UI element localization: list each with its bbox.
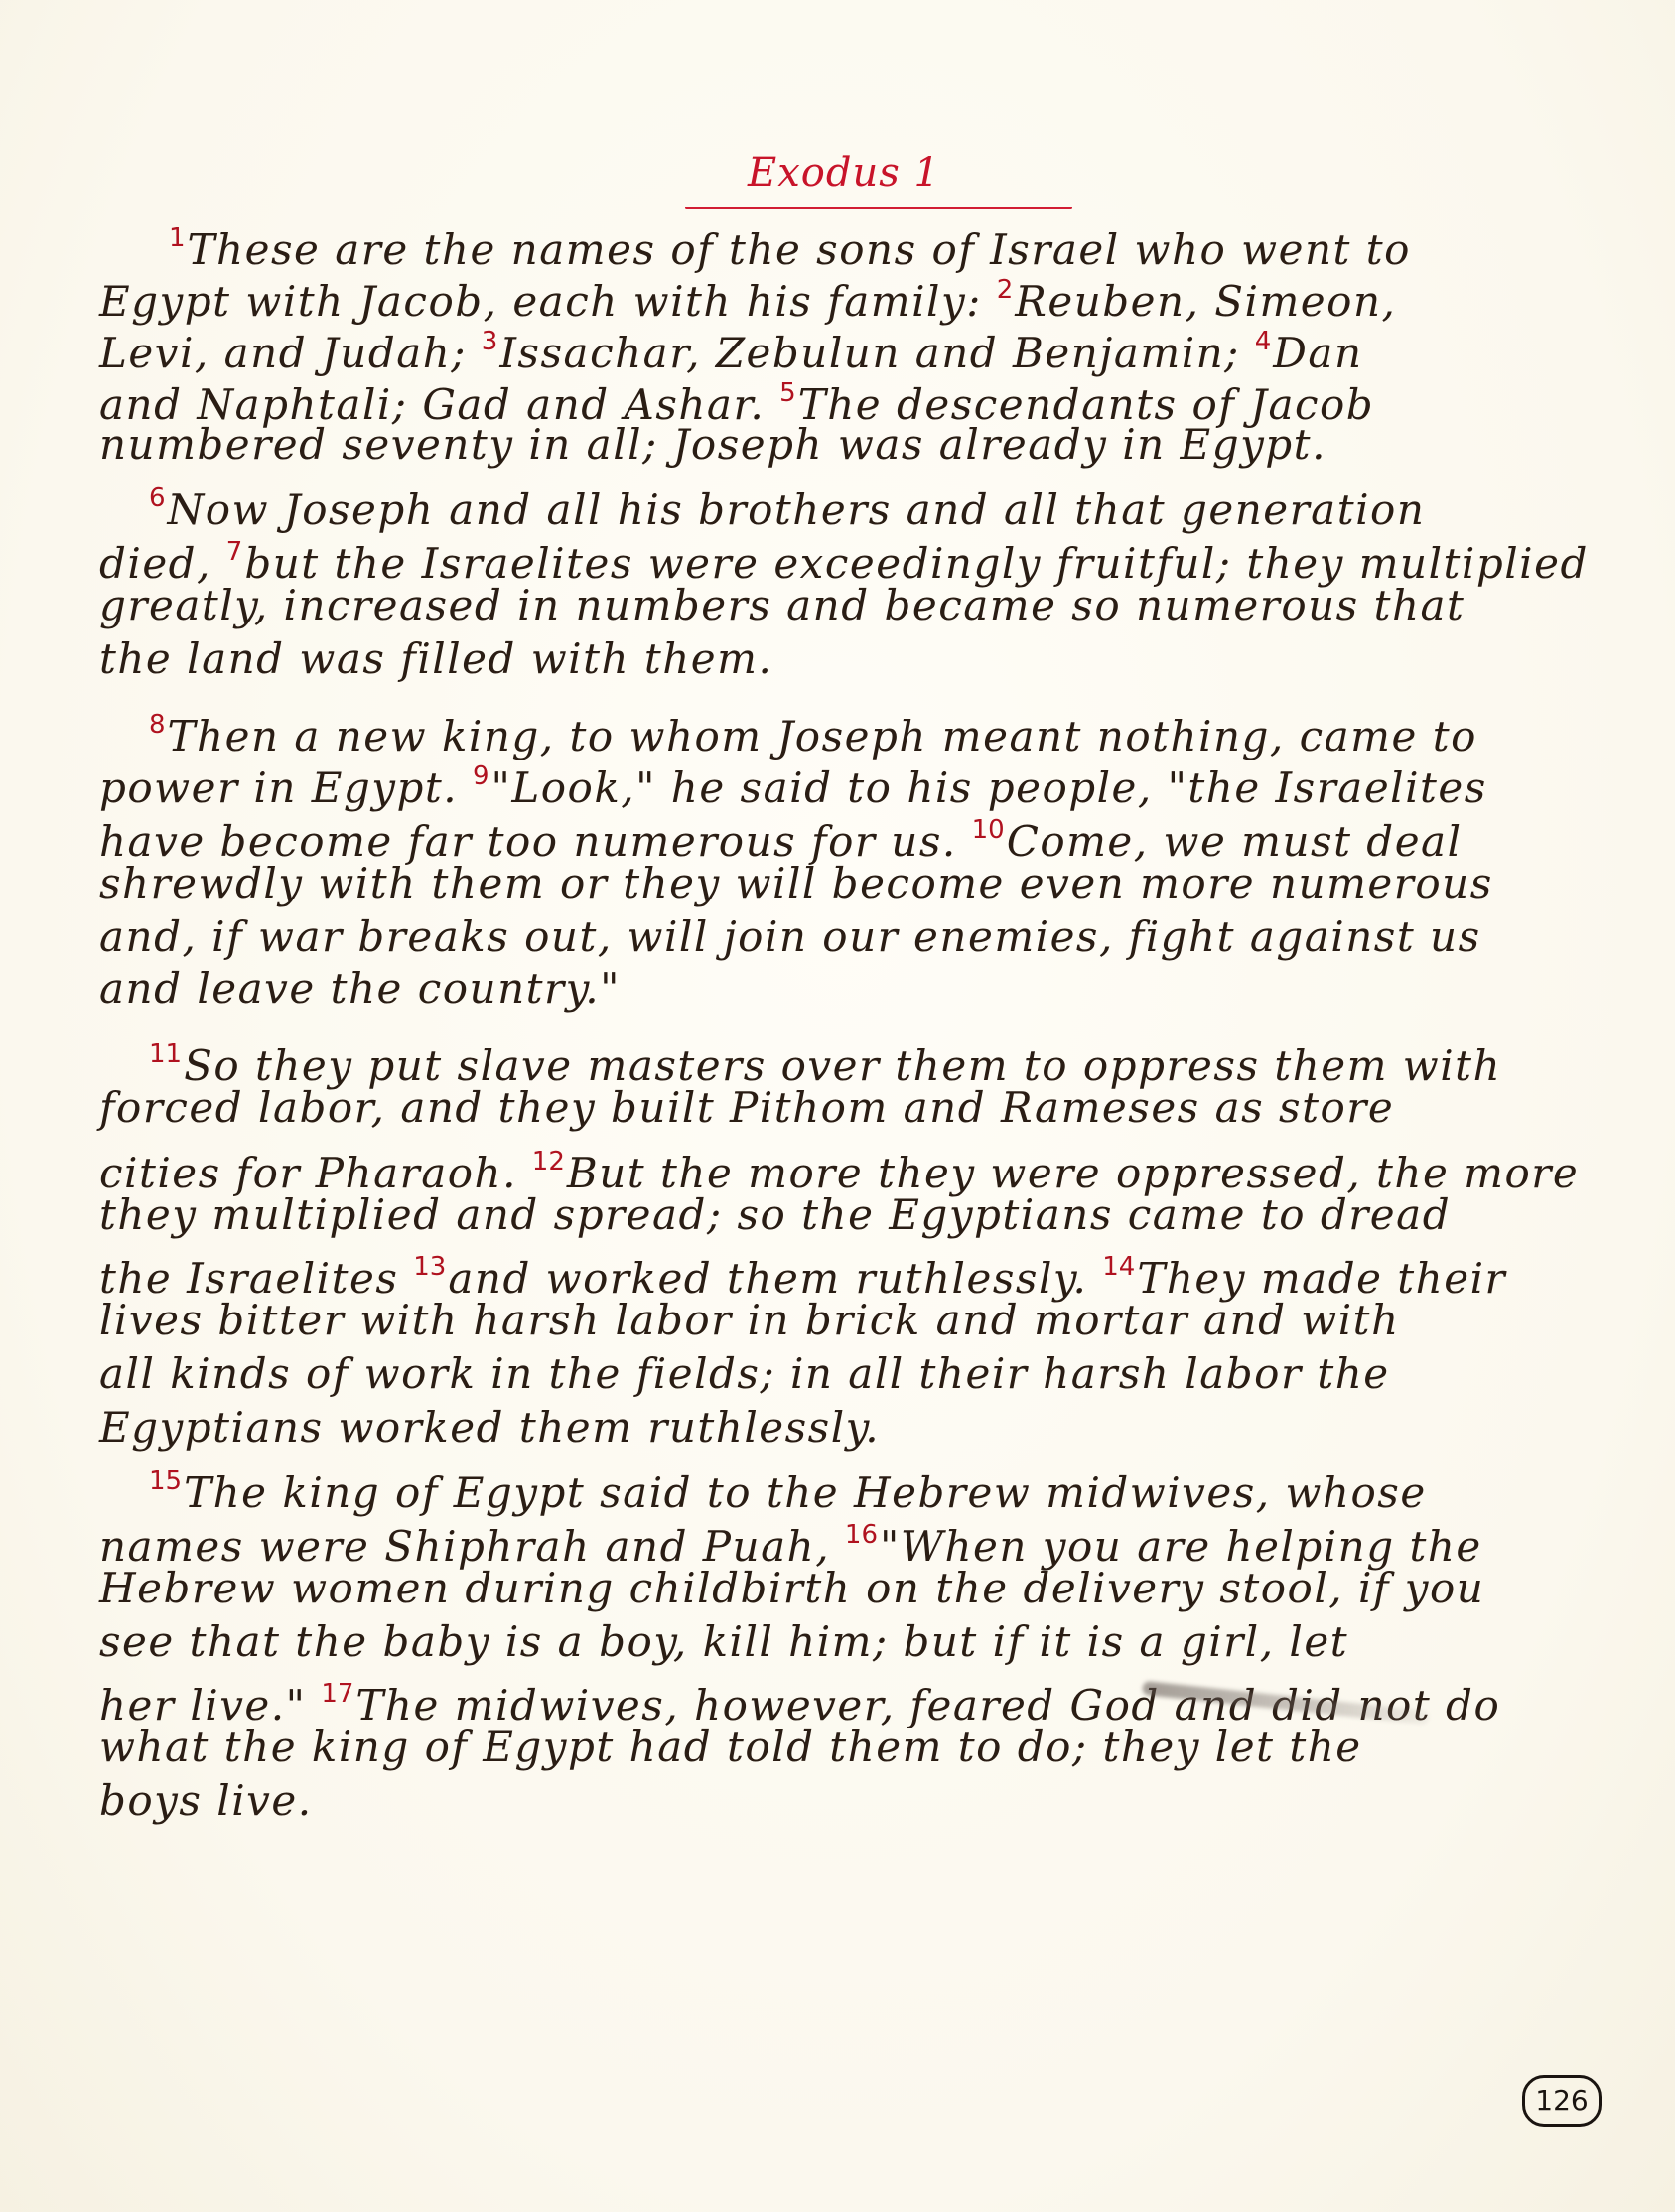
verse-text: shrewdly with them or they will become e…	[99, 859, 1493, 907]
verse-text: they multiplied and spread; so the Egypt…	[99, 1190, 1451, 1239]
text-line: Levi, and Judah; 3Issachar, Zebulun and …	[99, 312, 1363, 371]
verse-text: and leave the country."	[99, 964, 621, 1013]
text-line: Hebrew women during childbirth on the de…	[99, 1559, 1484, 1618]
verse-number: 10	[972, 815, 1005, 845]
text-line: 6Now Joseph and all his brothers and all…	[149, 469, 1425, 528]
verse-text: all kinds of work in the fields; in all …	[99, 1349, 1390, 1398]
text-line: died, 7but the Israelites were exceeding…	[99, 522, 1589, 582]
verse-text: see that the baby is a boy, kill him; bu…	[99, 1617, 1348, 1666]
verse-number: 12	[532, 1147, 565, 1176]
verse-number: 1	[169, 223, 186, 253]
verse-number: 6	[149, 484, 166, 513]
verse-number: 14	[1102, 1252, 1135, 1282]
text-line: and leave the country."	[99, 959, 621, 1019]
text-line: Egypt with Jacob, each with his family: …	[99, 260, 1396, 320]
text-line: boys live.	[99, 1771, 313, 1831]
verse-text: the land was filled with them.	[99, 634, 772, 683]
text-line: lives bitter with harsh labor in brick a…	[99, 1291, 1400, 1350]
text-line: shrewdly with them or they will become e…	[99, 854, 1493, 913]
text-line: 1These are the names of the sons of Isra…	[169, 208, 1411, 268]
text-line: her live." 17The midwives, however, fear…	[99, 1664, 1500, 1724]
verse-text: forced labor, and they built Pithom and …	[99, 1083, 1394, 1132]
verse-number: 9	[473, 761, 489, 791]
verse-text: greatly, increased in numbers and became…	[99, 581, 1465, 629]
chapter-title: Exodus 1	[645, 149, 1043, 197]
text-line: the Israelites 13and worked them ruthles…	[99, 1237, 1506, 1297]
page-number: 126	[1522, 2075, 1602, 2127]
verse-text: numbered seventy in all; Joseph was alre…	[99, 420, 1326, 469]
text-line: the land was filled with them.	[99, 629, 772, 689]
text-line: all kinds of work in the fields; in all …	[99, 1344, 1390, 1404]
text-line: what the king of Egypt had told them to …	[99, 1718, 1362, 1777]
text-line: and, if war breaks out, will join our en…	[99, 907, 1481, 967]
text-line: names were Shiphrah and Puah, 16"When yo…	[99, 1505, 1482, 1565]
verse-number: 8	[149, 710, 166, 740]
text-line: Egyptians worked them ruthlessly.	[99, 1398, 880, 1457]
verse-number: 11	[149, 1039, 182, 1069]
verse-number: 7	[226, 537, 243, 567]
manuscript-page: Exodus 1 1These are the names of the son…	[0, 0, 1675, 2212]
verse-text: what the king of Egypt had told them to …	[99, 1723, 1362, 1771]
text-line: cities for Pharaoh. 12But the more they …	[99, 1132, 1579, 1191]
verse-number: 3	[482, 327, 498, 356]
verse-number: 13	[413, 1252, 446, 1282]
verse-number: 4	[1255, 327, 1272, 356]
text-line: and Naphtali; Gad and Ashar. 5The descen…	[99, 363, 1374, 423]
verse-text: boys live.	[99, 1776, 313, 1825]
verse-number: 16	[845, 1520, 878, 1550]
text-line: 8Then a new king, to whom Joseph meant n…	[149, 695, 1477, 755]
text-line: have become far too numerous for us. 10C…	[99, 800, 1463, 860]
text-line: see that the baby is a boy, kill him; bu…	[99, 1612, 1348, 1672]
verse-number: 15	[149, 1466, 182, 1496]
text-line: forced labor, and they built Pithom and …	[99, 1078, 1394, 1138]
verse-text: Hebrew women during childbirth on the de…	[99, 1564, 1484, 1612]
text-line: 15The king of Egypt said to the Hebrew m…	[149, 1452, 1427, 1511]
text-line: greatly, increased in numbers and became…	[99, 576, 1465, 635]
text-line: numbered seventy in all; Joseph was alre…	[99, 415, 1326, 475]
verse-text: Egyptians worked them ruthlessly.	[99, 1403, 880, 1452]
text-line: they multiplied and spread; so the Egypt…	[99, 1185, 1451, 1245]
text-line: power in Egypt. 9"Look," he said to his …	[99, 747, 1487, 806]
verse-text: lives bitter with harsh labor in brick a…	[99, 1296, 1400, 1344]
verse-number: 2	[997, 275, 1014, 305]
verse-text: and, if war breaks out, will join our en…	[99, 912, 1481, 961]
verse-number: 5	[779, 378, 796, 408]
verse-number: 17	[321, 1679, 353, 1709]
text-line: 11So they put slave masters over them to…	[149, 1025, 1501, 1084]
title-block: Exodus 1	[645, 149, 1043, 197]
